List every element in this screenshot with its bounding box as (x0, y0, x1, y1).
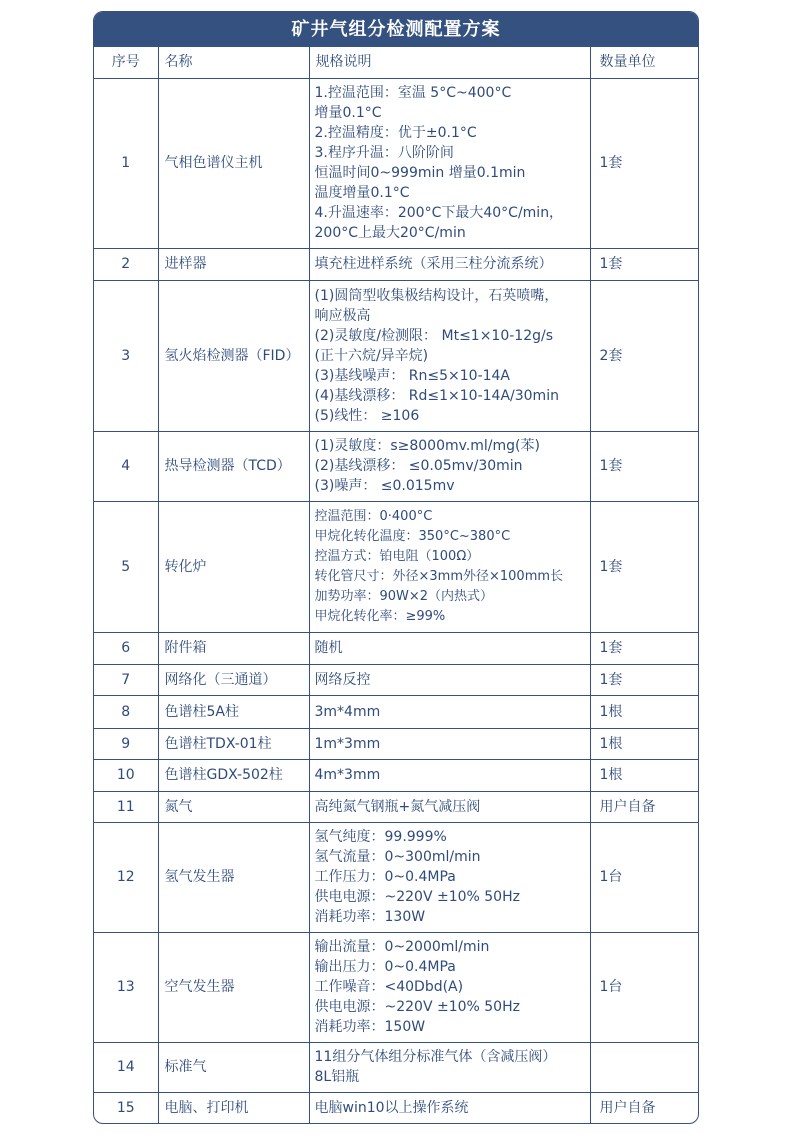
spec-line: 200°C上最大20°C/min (315, 223, 585, 243)
spec-line: (2)基线漂移： ≤0.05mv/30min (315, 456, 585, 476)
spec-line: 工作噪音：<40Dbd(A) (315, 977, 585, 997)
spec-line: 11组分气体组分标准气体（含减压阀） (315, 1047, 585, 1067)
item-spec: 11组分气体组分标准气体（含减压阀）8L铝瓶 (309, 1042, 590, 1092)
row-number: 8 (94, 695, 158, 728)
spec-line: 控温方式：铂电阻（100Ω） (315, 547, 585, 567)
spec-line: 随机 (315, 638, 585, 658)
spec-line: 网络反控 (315, 670, 585, 690)
item-name: 电脑、打印机 (158, 1092, 309, 1123)
spec-line: 温度增量0.1°C (315, 183, 585, 203)
row-number: 9 (94, 728, 158, 759)
item-name: 进样器 (158, 248, 309, 280)
item-spec: 4m*3mm (309, 759, 590, 791)
table-row: 12氢气发生器氢气纯度：99.999%氢气流量：0~300ml/min工作压力：… (94, 822, 698, 932)
spec-line: 3m*4mm (315, 702, 585, 722)
spec-line: 2.控温精度：优于±0.1°C (315, 123, 585, 143)
table-row: 15电脑、打印机电脑win10以上操作系统用户自备 (94, 1092, 698, 1123)
item-spec: 输出流量：0~2000ml/min输出压力：0~0.4MPa工作噪音：<40Db… (309, 932, 590, 1042)
item-name: 色谱柱5A柱 (158, 695, 309, 728)
spec-line: (5)线性： ≥106 (315, 406, 585, 426)
table-row: 5转化炉控温范围：0·400°C甲烷化转化温度：350°C~380°C控温方式：… (94, 501, 698, 632)
spec-line: 工作压力：0~0.4MPa (315, 867, 585, 887)
table-row: 4热导检测器（TCD）(1)灵敏度：s≥8000mv.ml/mg(苯)(2)基线… (94, 431, 698, 501)
spec-line: 高纯氮气钢瓶+氮气减压阀 (315, 797, 585, 817)
item-quantity: 1套 (590, 632, 698, 664)
row-number: 12 (94, 822, 158, 932)
spec-line: 消耗功率：130W (315, 907, 585, 927)
table-row: 8色谱柱5A柱3m*4mm1根 (94, 695, 698, 728)
config-table-card: 矿井气组分检测配置方案 序号 名称 规格说明 数量单位 1气相色谱仪主机1.控温… (93, 11, 699, 1124)
row-number: 14 (94, 1042, 158, 1092)
item-name: 色谱柱TDX-01柱 (158, 728, 309, 759)
table-row: 3氢火焰检测器（FID）(1)圆筒型收集极结构设计，石英喷嘴，响应极高(2)灵敏… (94, 280, 698, 431)
item-name: 氢气发生器 (158, 822, 309, 932)
spec-line: 4.升温速率：200°C下最大40°C/min， (315, 203, 585, 223)
table-row: 1气相色谱仪主机1.控温范围：室温 5°C~400°C增量0.1°C2.控温精度… (94, 78, 698, 248)
header-row: 序号 名称 规格说明 数量单位 (94, 47, 698, 78)
item-spec: (1)灵敏度：s≥8000mv.ml/mg(苯)(2)基线漂移： ≤0.05mv… (309, 431, 590, 501)
table-row: 9色谱柱TDX-01柱1m*3mm1根 (94, 728, 698, 759)
spec-line: 甲烷化转化温度：350°C~380°C (315, 527, 585, 547)
item-quantity: 1套 (590, 664, 698, 695)
item-spec: 1.控温范围：室温 5°C~400°C增量0.1°C2.控温精度：优于±0.1°… (309, 78, 590, 248)
spec-line: (4)基线漂移： Rd≤1×10-14A/30min (315, 386, 585, 406)
spec-line: 输出压力：0~0.4MPa (315, 957, 585, 977)
table-row: 7网络化（三通道）网络反控1套 (94, 664, 698, 695)
item-quantity: 1台 (590, 932, 698, 1042)
spec-line: (1)圆筒型收集极结构设计，石英喷嘴， (315, 286, 585, 306)
config-table: 序号 名称 规格说明 数量单位 1气相色谱仪主机1.控温范围：室温 5°C~40… (94, 47, 698, 1123)
row-number: 5 (94, 501, 158, 632)
spec-line: 输出流量：0~2000ml/min (315, 937, 585, 957)
item-quantity (590, 1042, 698, 1092)
item-name: 标准气 (158, 1042, 309, 1092)
item-spec: 氢气纯度：99.999%氢气流量：0~300ml/min工作压力：0~0.4MP… (309, 822, 590, 932)
item-quantity: 1套 (590, 431, 698, 501)
item-spec: 电脑win10以上操作系统 (309, 1092, 590, 1123)
spec-line: 甲烷化转化率：≥99% (315, 607, 585, 627)
spec-line: 氢气纯度：99.999% (315, 827, 585, 847)
item-name: 色谱柱GDX-502柱 (158, 759, 309, 791)
spec-line: 消耗功率：150W (315, 1017, 585, 1037)
item-name: 氢火焰检测器（FID） (158, 280, 309, 431)
item-quantity: 1套 (590, 78, 698, 248)
row-number: 7 (94, 664, 158, 695)
item-spec: 填充柱进样系统（采用三柱分流系统） (309, 248, 590, 280)
item-name: 空气发生器 (158, 932, 309, 1042)
spec-line: (3)基线噪声： Rn≤5×10-14A (315, 366, 585, 386)
spec-line: (正十六烷/异辛烷) (315, 346, 585, 366)
item-quantity: 2套 (590, 280, 698, 431)
item-quantity: 用户自备 (590, 1092, 698, 1123)
row-number: 11 (94, 791, 158, 822)
spec-line: 恒温时间0~999min 增量0.1min (315, 163, 585, 183)
spec-line: 供电电源：~220V ±10% 50Hz (315, 997, 585, 1017)
item-spec: 1m*3mm (309, 728, 590, 759)
spec-line: 1.控温范围：室温 5°C~400°C (315, 83, 585, 103)
spec-line: (1)灵敏度：s≥8000mv.ml/mg(苯) (315, 436, 585, 456)
spec-line: 控温范围：0·400°C (315, 507, 585, 527)
col-header-no: 序号 (94, 47, 158, 78)
row-number: 10 (94, 759, 158, 791)
spec-line: 填充柱进样系统（采用三柱分流系统） (315, 254, 585, 274)
spec-line: 4m*3mm (315, 765, 585, 785)
col-header-name: 名称 (158, 47, 309, 78)
row-number: 2 (94, 248, 158, 280)
col-header-spec: 规格说明 (309, 47, 590, 78)
spec-line: 供电电源：~220V ±10% 50Hz (315, 887, 585, 907)
item-quantity: 1根 (590, 728, 698, 759)
spec-line: (3)噪声： ≤0.015mv (315, 476, 585, 496)
item-name: 转化炉 (158, 501, 309, 632)
spec-line: 响应极高 (315, 306, 585, 326)
item-spec: (1)圆筒型收集极结构设计，石英喷嘴，响应极高(2)灵敏度/检测限： Mt≤1×… (309, 280, 590, 431)
spec-line: 增量0.1°C (315, 103, 585, 123)
row-number: 13 (94, 932, 158, 1042)
table-row: 13空气发生器输出流量：0~2000ml/min输出压力：0~0.4MPa工作噪… (94, 932, 698, 1042)
spec-line: 氢气流量：0~300ml/min (315, 847, 585, 867)
table-row: 14标准气11组分气体组分标准气体（含减压阀）8L铝瓶 (94, 1042, 698, 1092)
spec-line: 转化管尺寸：外径×3mm外径×100mm长 (315, 567, 585, 587)
table-title: 矿井气组分检测配置方案 (94, 12, 698, 47)
spec-line: 加势功率：90W×2（内热式） (315, 587, 585, 607)
row-number: 15 (94, 1092, 158, 1123)
col-header-qty: 数量单位 (590, 47, 698, 78)
item-name: 附件箱 (158, 632, 309, 664)
item-spec: 控温范围：0·400°C甲烷化转化温度：350°C~380°C控温方式：铂电阻（… (309, 501, 590, 632)
item-spec: 网络反控 (309, 664, 590, 695)
table-row: 2进样器填充柱进样系统（采用三柱分流系统）1套 (94, 248, 698, 280)
spec-line: 8L铝瓶 (315, 1067, 585, 1087)
row-number: 3 (94, 280, 158, 431)
item-name: 氮气 (158, 791, 309, 822)
item-quantity: 1套 (590, 501, 698, 632)
item-quantity: 1台 (590, 822, 698, 932)
spec-line: (2)灵敏度/检测限： Mt≤1×10-12g/s (315, 326, 585, 346)
table-row: 11氮气高纯氮气钢瓶+氮气减压阀用户自备 (94, 791, 698, 822)
item-quantity: 1根 (590, 759, 698, 791)
spec-line: 3.程序升温：八阶阶间 (315, 143, 585, 163)
row-number: 4 (94, 431, 158, 501)
item-name: 气相色谱仪主机 (158, 78, 309, 248)
spec-line: 1m*3mm (315, 734, 585, 754)
item-name: 热导检测器（TCD） (158, 431, 309, 501)
item-spec: 3m*4mm (309, 695, 590, 728)
item-quantity: 1套 (590, 248, 698, 280)
item-spec: 随机 (309, 632, 590, 664)
item-quantity: 1根 (590, 695, 698, 728)
item-quantity: 用户自备 (590, 791, 698, 822)
table-row: 6附件箱随机1套 (94, 632, 698, 664)
item-spec: 高纯氮气钢瓶+氮气减压阀 (309, 791, 590, 822)
row-number: 1 (94, 78, 158, 248)
spec-line: 电脑win10以上操作系统 (315, 1098, 585, 1118)
row-number: 6 (94, 632, 158, 664)
table-row: 10色谱柱GDX-502柱4m*3mm1根 (94, 759, 698, 791)
item-name: 网络化（三通道） (158, 664, 309, 695)
